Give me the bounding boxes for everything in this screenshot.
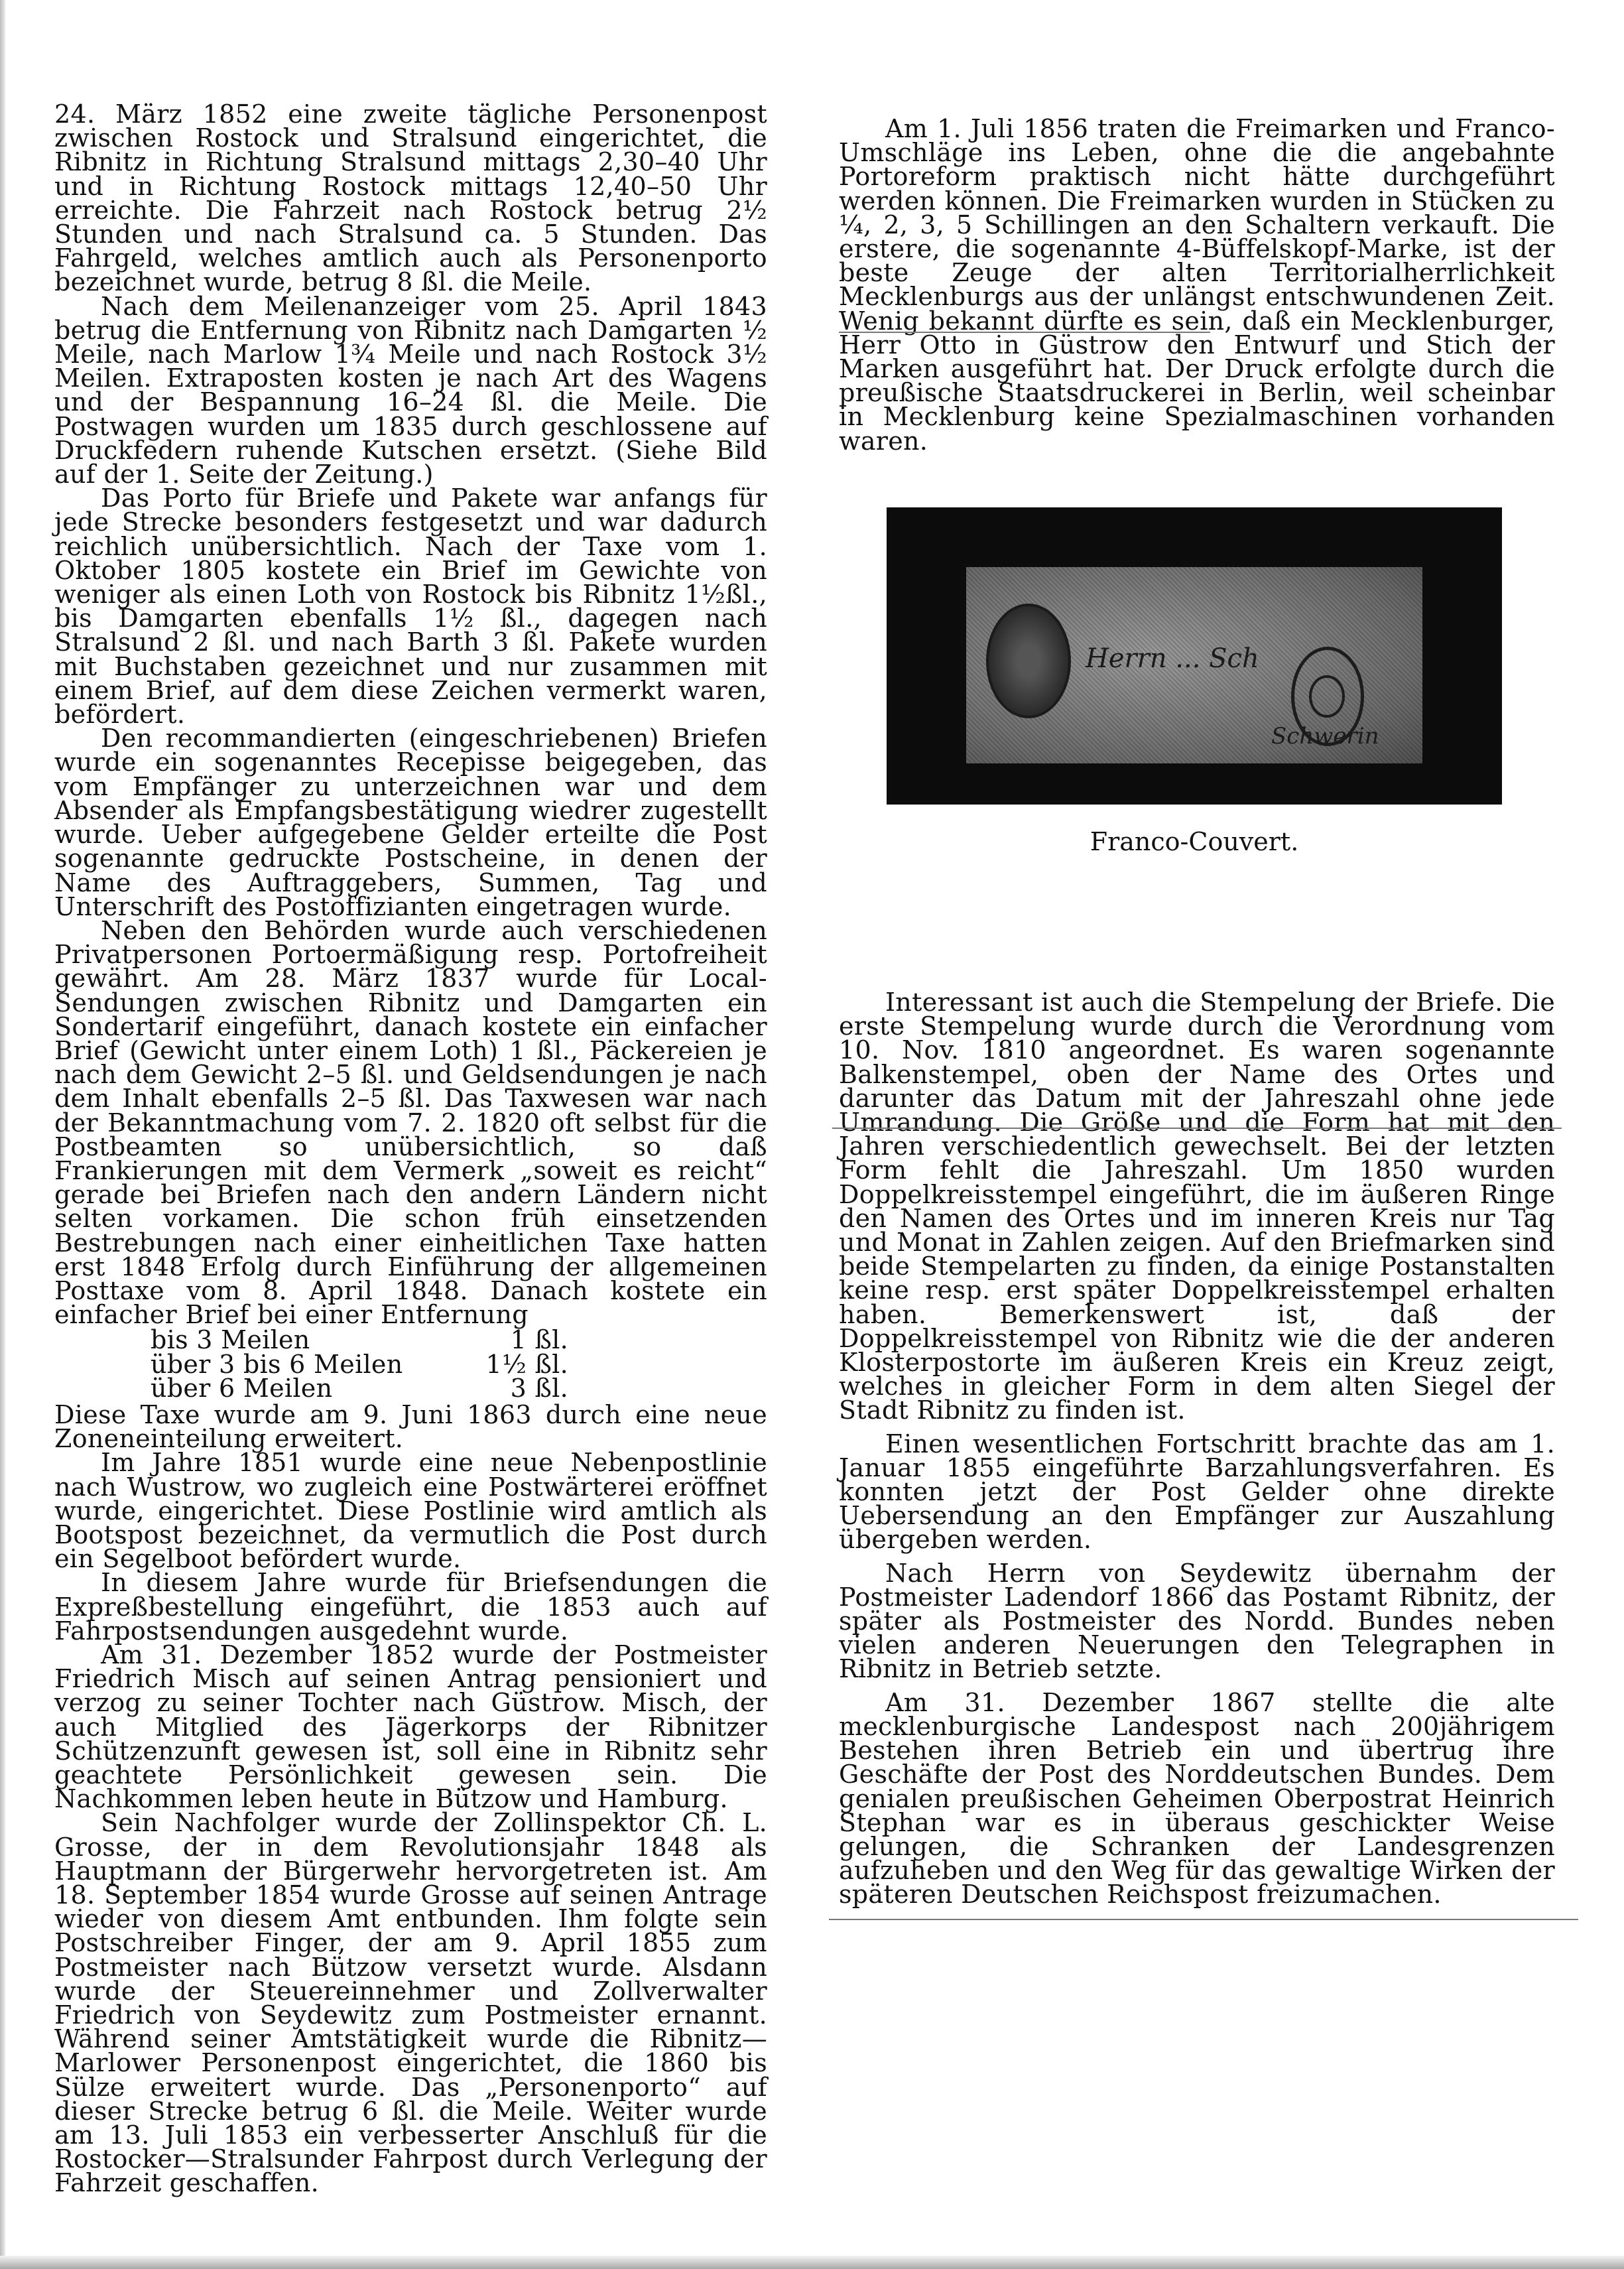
price-cell: 1 ßl.: [452, 1328, 568, 1352]
paragraph: Am 31. Dezember 1867 stellte die alte me…: [839, 1691, 1555, 1907]
paragraph: Am 31. Dezember 1852 wurde der Postmeist…: [54, 1643, 767, 1811]
clipping-rule: [829, 1919, 1578, 1920]
distance-cell: bis 3 Meilen: [54, 1328, 452, 1352]
paragraph: Am 1. Juli 1856 traten die Freimarken un…: [839, 117, 1555, 453]
paragraph: Neben den Behörden wurde auch verschiede…: [54, 919, 767, 1327]
paragraph: 24. März 1852 eine zweite tägliche Perso…: [54, 102, 767, 294]
price-cell: 3 ßl.: [452, 1376, 568, 1400]
clipping-rule: [832, 1128, 1562, 1129]
paragraph: Nach dem Meilenanzeiger vom 25. April 18…: [54, 294, 767, 487]
address-handwriting: Schwerin: [1271, 723, 1379, 749]
table-row: bis 3 Meilen 1 ßl.: [54, 1328, 767, 1352]
franco-couvert-image: Herrn ... Sch Schwerin: [887, 507, 1502, 805]
stamp-oval-icon: [986, 604, 1071, 718]
paragraph: Interessant ist auch die Stempelung der …: [839, 990, 1555, 1423]
figure-caption: Franco-Couvert.: [887, 827, 1502, 856]
paragraph: Das Porto für Briefe und Pakete war anfa…: [54, 486, 767, 726]
table-row: über 6 Meilen 3 ßl.: [54, 1376, 767, 1400]
envelope: Herrn ... Sch Schwerin: [966, 567, 1422, 763]
distance-cell: über 6 Meilen: [54, 1376, 452, 1400]
right-column-top: Am 1. Juli 1856 traten die Freimarken un…: [839, 117, 1555, 453]
address-handwriting: Herrn ... Sch: [1086, 643, 1259, 674]
postage-rate-table: bis 3 Meilen 1 ßl. über 3 bis 6 Meilen 1…: [54, 1328, 767, 1400]
left-column: 24. März 1852 eine zweite tägliche Perso…: [54, 102, 767, 2195]
clipping-rule: [839, 332, 1210, 333]
paragraph: Sein Nachfolger wurde der Zollinspektor …: [54, 1811, 767, 2195]
table-row: über 3 bis 6 Meilen 1½ ßl.: [54, 1352, 767, 1376]
paragraph: Einen wesentlichen Fortschritt brachte d…: [839, 1432, 1555, 1552]
page-bottom-edge: [0, 2256, 1624, 2269]
price-cell: 1½ ßl.: [452, 1352, 568, 1376]
paragraph: Diese Taxe wurde am 9. Juni 1863 durch e…: [54, 1403, 767, 1451]
page-left-edge: [0, 0, 5, 2269]
paragraph: Im Jahre 1851 wurde eine neue Nebenpostl…: [54, 1451, 767, 1571]
paragraph: Den recommandierten (eingeschriebenen) B…: [54, 726, 767, 919]
paragraph: In diesem Jahre wurde für Briefsendungen…: [54, 1571, 767, 1643]
distance-cell: über 3 bis 6 Meilen: [54, 1352, 452, 1376]
paragraph: Nach Herrn von Seydewitz übernahm der Po…: [839, 1561, 1555, 1681]
